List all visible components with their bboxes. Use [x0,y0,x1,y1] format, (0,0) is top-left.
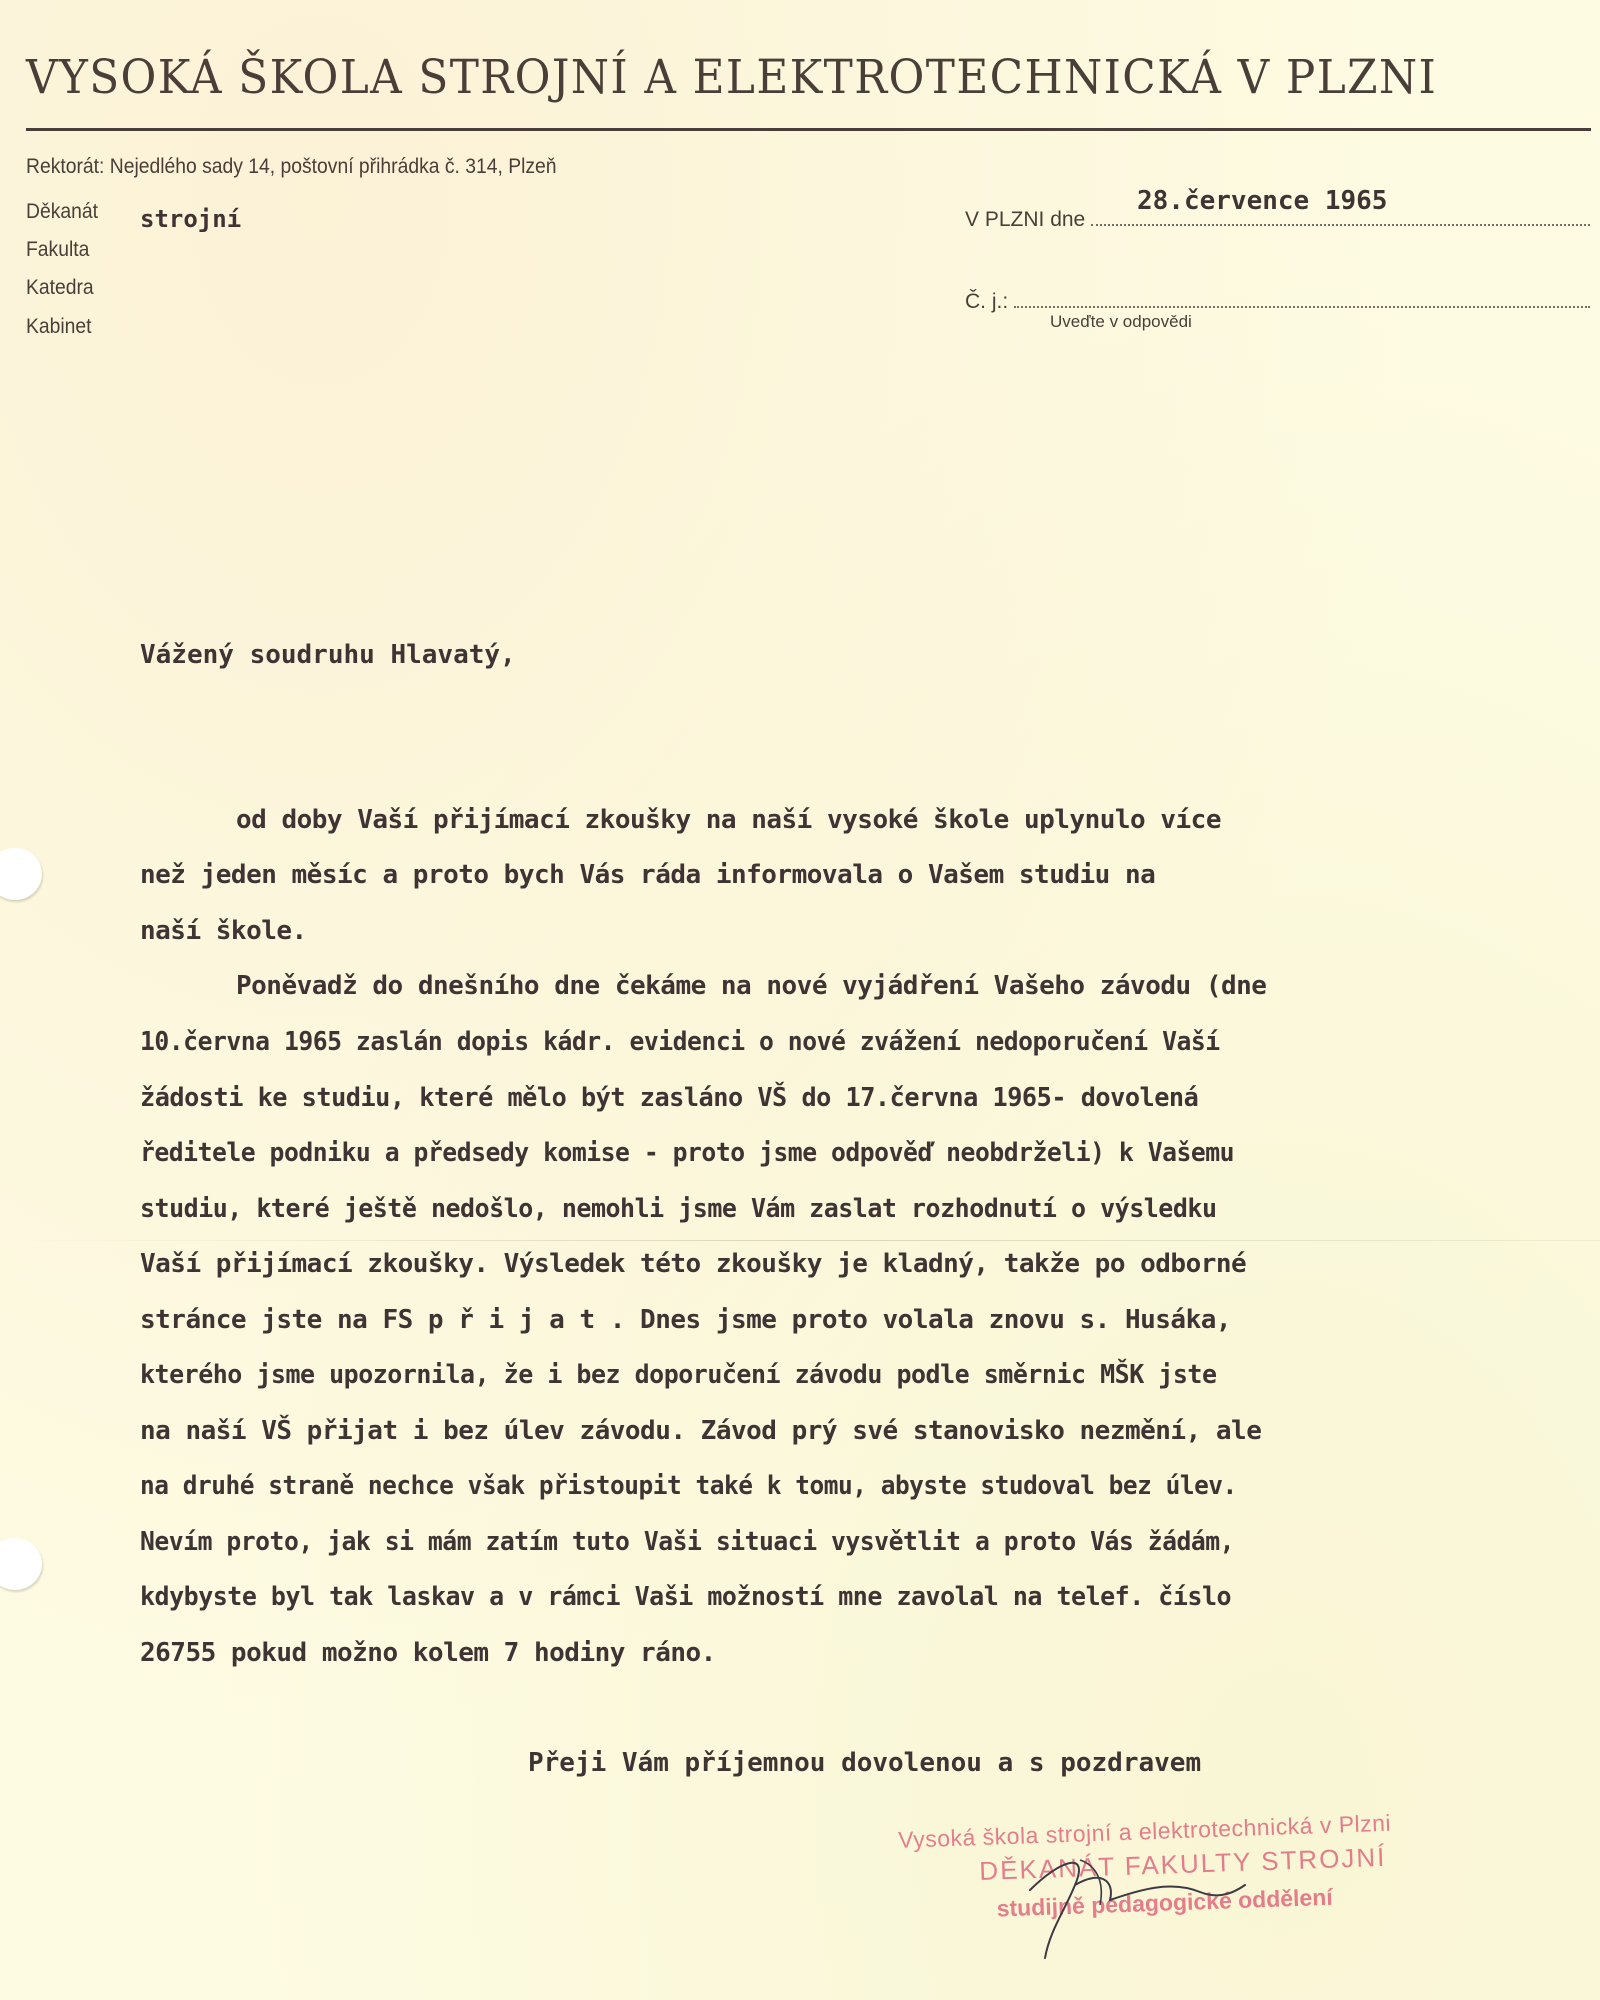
body-line: Poněvadž do dnešního dne čekáme na nové … [236,971,1266,1001]
faculty-value: strojní [140,205,241,233]
body-line: Nevím proto, jak si mám zatím tuto Vaši … [140,1527,1234,1557]
reference-number-field: Č. j.: [965,280,1590,314]
body-line: na naší VŠ přijat i bez úlev závodu. Záv… [140,1416,1261,1446]
dekanat-label: Děkanát [26,200,98,224]
body-line: stránce jste na FS p ř i j a t . Dnes js… [140,1305,1231,1335]
body-line: kdybyste byl tak laskav a v rámci Vaši m… [140,1582,1231,1612]
date-value: 28.července 1965 [1137,186,1387,216]
salutation: Vážený soudruhu Hlavatý, [140,640,516,670]
closing-line: Přeji Vám příjemnou dovolenou a s pozdra… [528,1748,1201,1778]
body-line: ředitele podniku a předsedy komise - pro… [140,1138,1234,1168]
letterhead-title: VYSOKÁ ŠKOLA STROJNÍ A ELEKTROTECHNICKÁ … [26,50,1486,105]
paper-fold-line [0,1240,1600,1241]
body-line: od doby Vaší přijímací zkoušky na naší v… [236,805,1221,835]
place-date-label: V PLZNI dne [965,208,1085,232]
body-line: žádosti ke studiu, které mělo být zaslán… [140,1083,1198,1113]
punch-hole-upper [0,848,42,900]
body-line: Vaší přijímací zkoušky. Výsledek této zk… [140,1249,1246,1279]
rectorate-address: Rektorát: Nejedlého sady 14, poštovní př… [26,155,557,179]
letterhead-rule [26,128,1591,131]
handwritten-signature-icon [1020,1830,1250,1960]
body-line: 26755 pokud možno kolem 7 hodiny ráno. [140,1638,716,1668]
fakulta-label: Fakulta [26,238,89,262]
body-line: než jeden měsíc a proto bych Vás ráda in… [140,860,1155,890]
date-dotted-line [1091,224,1590,226]
body-line: naší škole. [140,916,307,946]
reference-hint: Uveďte v odpovědi [1050,312,1192,332]
kabinet-label: Kabinet [26,315,92,339]
reference-dotted-line [1014,306,1590,308]
reference-label: Č. j.: [965,290,1008,314]
body-line: 10.června 1965 zaslán dopis kádr. eviden… [140,1027,1220,1057]
body-line: kterého jsme upozornila, že i bez doporu… [140,1360,1217,1390]
punch-hole-lower [0,1538,42,1590]
body-line: studiu, které ještě nedošlo, nemohli jsm… [140,1194,1217,1224]
body-line: na druhé straně nechce však přistoupit t… [140,1471,1237,1501]
katedra-label: Katedra [26,276,94,300]
